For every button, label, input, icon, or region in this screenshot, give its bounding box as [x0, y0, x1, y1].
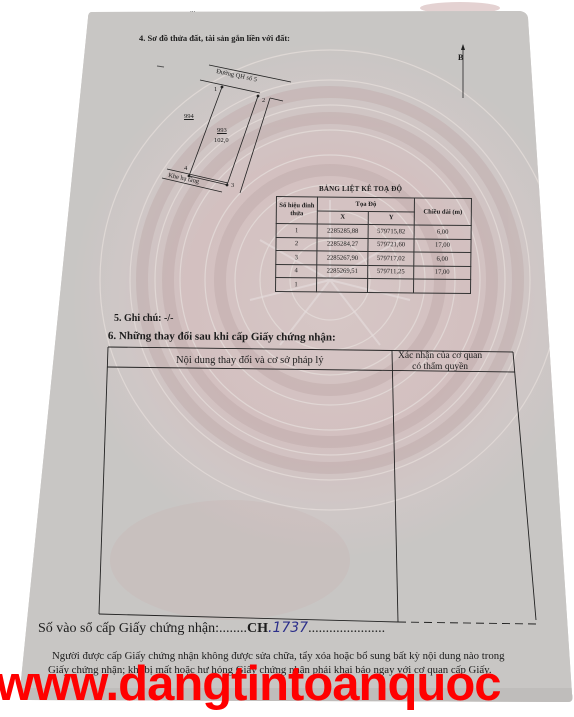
x-cell: 2285284,27 — [317, 237, 368, 251]
x-header: X — [317, 210, 368, 224]
y-cell: 579721,60 — [368, 238, 414, 252]
y-cell: 579717,02 — [368, 251, 414, 265]
registry-prefix: CH — [247, 621, 268, 636]
registry-number: .1737 — [268, 620, 308, 636]
x-cell — [317, 278, 368, 292]
registry-line: Số vào sổ cấp Giấy chứng nhận:........CH… — [38, 620, 385, 637]
x-cell: 2285285,88 — [317, 224, 368, 238]
header-stub: ... — [190, 6, 195, 14]
registry-label: Số vào sổ cấp Giấy chứng nhận:........ — [38, 621, 247, 636]
registry-dots: ...................... — [308, 621, 385, 636]
section-5-note: 5. Ghi chú: -/- — [114, 313, 173, 324]
coords-header: Tọa Độ — [317, 197, 414, 212]
section-6-title: 6. Những thay đổi sau khi cấp Giấy chứng… — [108, 330, 336, 344]
changes-col1-header: Nội dung thay đổi và cơ sở pháp lý — [176, 355, 324, 366]
neighbor-parcel-number: 994 — [184, 113, 194, 120]
col2-header-line1: Xác nhận của cơ quan — [398, 351, 482, 362]
watermark-text: www.dangtintoanquoc — [0, 656, 501, 712]
coordinate-table-title: BẢNG LIỆT KÊ TOẠ ĐỘ — [319, 185, 402, 193]
coordinate-table: Số hiệu đỉnh thửa Tọa Độ Chiều dài (m) X… — [275, 196, 472, 294]
parcel-area: 102,0 — [214, 137, 229, 144]
length-cell: 17,00 — [414, 238, 471, 252]
length-cell — [413, 279, 470, 293]
vertex-2-label: 2 — [262, 97, 265, 104]
y-cell: 579711,25 — [368, 265, 414, 279]
changes-col2-header: Xác nhận của cơ quan có thẩm quyền — [398, 351, 482, 373]
parcel-number: 993 — [217, 127, 227, 134]
section-4-title: 4. Sơ đồ thửa đất, tài sản gắn liền với … — [139, 33, 290, 43]
col2-header-line2: có thẩm quyền — [398, 362, 482, 373]
vertex-header: Số hiệu đỉnh thửa — [276, 197, 317, 224]
y-cell: 579715,82 — [368, 224, 414, 238]
vertex-4-label: 4 — [184, 165, 187, 172]
vertex-cell: 1 — [276, 224, 317, 238]
length-cell: 17,00 — [414, 265, 471, 279]
x-cell: 2285267,90 — [317, 251, 368, 265]
vertex-3-label: 3 — [231, 182, 234, 189]
x-cell: 2285269,51 — [317, 264, 368, 278]
y-cell — [368, 278, 414, 292]
length-cell: 6,00 — [414, 225, 471, 239]
vertex-1-label: 1 — [214, 86, 217, 93]
vertex-cell: 4 — [276, 264, 317, 278]
vertex-cell: 2 — [276, 237, 317, 251]
vertex-cell: 3 — [276, 251, 317, 265]
table-row: 1 — [276, 278, 471, 294]
vertex-cell: 1 — [276, 278, 317, 292]
y-header: Y — [368, 211, 414, 225]
length-header: Chiều dài (m) — [414, 198, 471, 226]
length-cell: 6,00 — [414, 252, 471, 266]
north-label: B — [458, 53, 463, 62]
